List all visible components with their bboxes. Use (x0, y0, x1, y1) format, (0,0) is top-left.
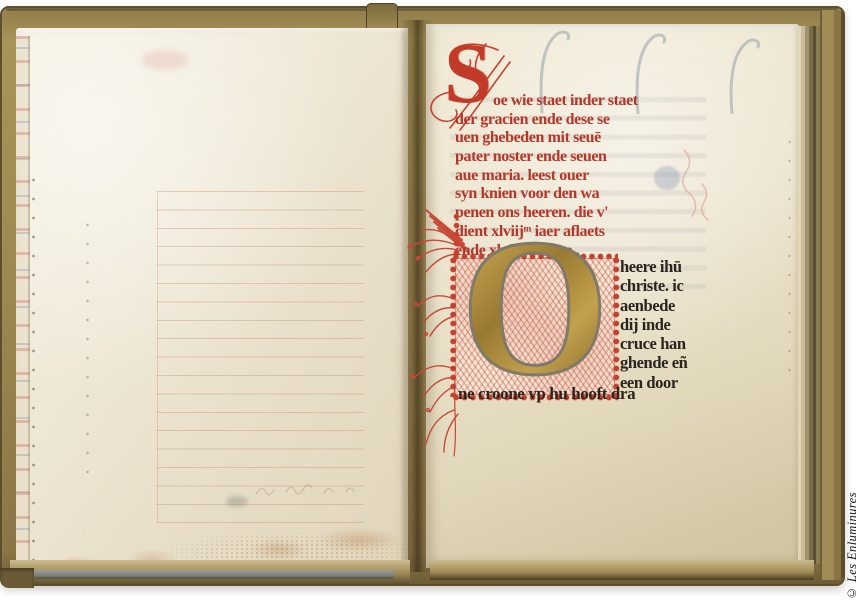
prayer-line: ghende eñ (620, 353, 687, 372)
red-smudge (142, 50, 188, 70)
decorated-initial-o: O (455, 258, 615, 395)
cover-corner (0, 568, 34, 588)
faint-inscription (252, 480, 362, 500)
prayer-line: christe. ic (620, 276, 687, 295)
page-edge-strip (16, 36, 30, 568)
right-page: S oe wie staet inder staet der gracien e… (426, 24, 800, 568)
copyright-notice: © Les Enluminures (845, 468, 861, 600)
left-page (16, 28, 408, 574)
rubric-line: oe wie staet inder staet (455, 92, 638, 111)
rubric-line: pater noster ende seuen (455, 148, 638, 167)
pricking-holes (32, 178, 35, 578)
page-bottom-edge (26, 570, 394, 579)
prayer-text: heere ihū christe. ic aenbede dij inde c… (620, 257, 687, 392)
rubric-line: aue maria. leest ouer (455, 167, 638, 186)
prayer-line: dij inde (620, 315, 687, 334)
rubric-line: uen ghebeden mit seuē (455, 129, 638, 148)
ruled-lines (157, 191, 364, 523)
endband-bump (366, 3, 398, 31)
prayer-line: aenbede (620, 296, 687, 315)
prayer-continuation-line: ne croone vp hu hooft dra (458, 384, 635, 404)
rubric-line: der gracien ende dese se (455, 111, 638, 130)
cover-top-edge (6, 8, 838, 11)
prayer-initial: O (457, 210, 612, 406)
lower-page-edge (430, 560, 814, 580)
manuscript-photograph: S oe wie staet inder staet der gracien e… (0, 0, 861, 600)
prayer-line: cruce han (620, 334, 687, 353)
prayer-line: heere ihū (620, 257, 687, 276)
cover-right-edge (820, 10, 845, 580)
pricking-holes (86, 223, 89, 488)
pricking-holes (788, 140, 791, 388)
